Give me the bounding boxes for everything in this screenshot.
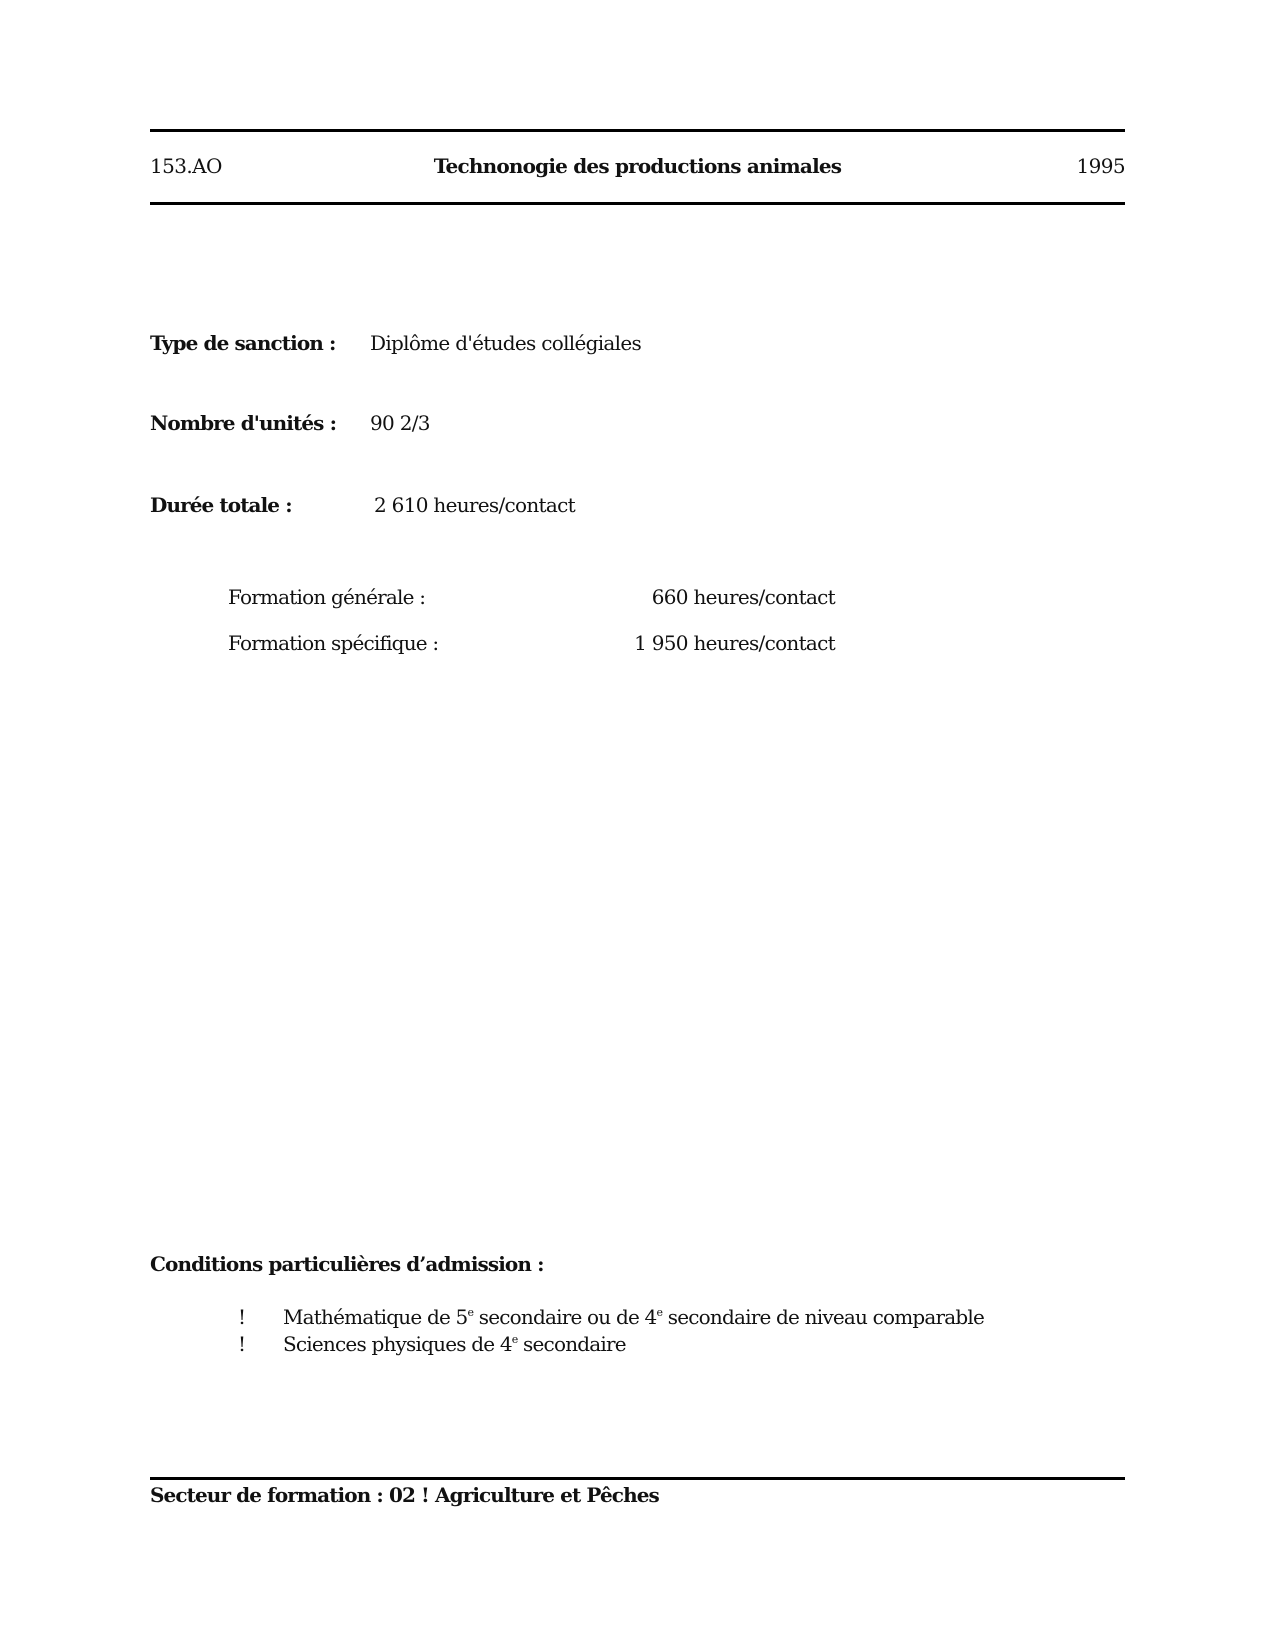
breakdown-value-specific: 1 950 heures/contact [634, 629, 835, 657]
field-value-duration: 2 610 heures/contact [374, 491, 575, 519]
field-value-sanction: Diplôme d'études collégiales [370, 329, 641, 357]
item-text-segment: Sciences physiques de 4 [283, 1332, 512, 1356]
program-title: Technonogie des productions animales [150, 152, 1125, 180]
breakdown-value-general: 660 heures/contact [652, 583, 835, 611]
field-label-duration: Durée totale : [150, 491, 292, 519]
field-value-units: 90 2/3 [370, 409, 430, 437]
training-sector: Secteur de formation : 02 ! Agriculture … [150, 1481, 659, 1509]
admission-item-math: Mathématique de 5e secondaire ou de 4e s… [283, 1304, 984, 1330]
field-label-sanction: Type de sanction : [150, 329, 335, 357]
bullet-icon: ! [238, 1304, 246, 1330]
bullet-icon: ! [238, 1331, 246, 1357]
footer-rule [150, 1477, 1125, 1480]
item-text-segment: secondaire [518, 1332, 626, 1356]
header-top-rule [150, 129, 1125, 132]
field-label-units: Nombre d'unités : [150, 409, 336, 437]
item-text-segment: secondaire de niveau comparable [662, 1305, 984, 1329]
breakdown-label-general: Formation générale : [228, 583, 425, 611]
admission-title: Conditions particulières d’admission : [150, 1250, 544, 1278]
breakdown-label-specific: Formation spécifique : [228, 629, 438, 657]
item-text-segment: secondaire ou de 4 [473, 1305, 656, 1329]
item-text-segment: Mathématique de 5 [283, 1305, 467, 1329]
header-bottom-rule [150, 202, 1125, 205]
admission-item-physics: Sciences physiques de 4e secondaire [283, 1331, 626, 1357]
program-year: 1995 [1077, 152, 1126, 180]
